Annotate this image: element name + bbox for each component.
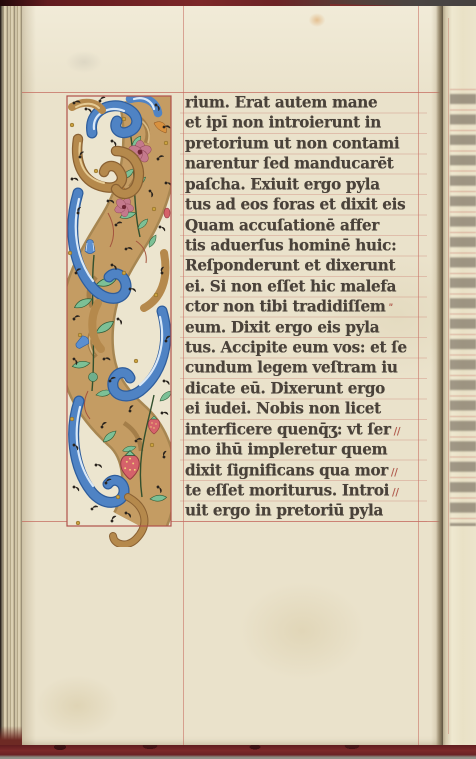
text-line-content: narentur ſed manducarēt	[185, 154, 394, 173]
manuscript-page: rium. Erat autem mane et ipī non introie…	[22, 6, 441, 746]
text-line-content: tus. Accipite eum vos: et ſe	[185, 338, 407, 357]
text-line: paſcha. Exiuit ergo pyla	[185, 175, 435, 196]
line-end-mark: //	[392, 487, 399, 498]
text-line: ei. Si non eſſet hic malefa	[185, 277, 435, 298]
text-line-content: uit ergo in pretoriū pyla	[185, 501, 383, 520]
text-line-content: pretorium ut non contami	[185, 134, 399, 153]
page-edge-stack	[0, 6, 22, 746]
text-line: tus ad eos foras et dixit eis	[185, 195, 435, 216]
book-cover-bottom-edge	[0, 745, 476, 759]
text-line: dixit ſignificans qua mor//	[185, 461, 435, 482]
text-line: et ipī non introierunt in	[185, 113, 435, 134]
text-line-content: interficere quenq̄ʒ: vt ſer	[185, 420, 391, 439]
text-line: Quam accuſationē affer	[185, 216, 435, 237]
text-line: ei iudei. Nobis non licet	[185, 399, 435, 420]
text-line-content: ei. Si non eſſet hic malefa	[185, 277, 396, 296]
line-end-mark: ʺ	[389, 303, 394, 314]
text-line-content: ei iudei. Nobis non licet	[185, 399, 381, 418]
text-line: rium. Erat autem mane	[185, 93, 435, 114]
page-edge-stack-foot	[0, 726, 22, 746]
text-block: rium. Erat autem mane et ipī non introie…	[185, 93, 435, 522]
facing-page-ruling	[448, 18, 449, 734]
text-line: te eſſet moriturus. Introi//	[185, 481, 435, 502]
text-line-content: te eſſet moriturus. Introi	[185, 481, 389, 500]
text-line: pretorium ut non contami	[185, 134, 435, 155]
text-line: dicate eū. Dixerunt ergo	[185, 379, 435, 400]
line-end-mark: //	[391, 467, 398, 478]
text-line: uit ergo in pretoriū pyla	[185, 501, 435, 522]
text-line-content: Reſponderunt et dixerunt	[185, 256, 395, 275]
text-line-content: tis aduerſus hominē huic:	[185, 236, 396, 255]
green-berry	[89, 373, 98, 382]
text-line-content: tus ad eos foras et dixit eis	[185, 195, 405, 214]
manuscript-photo: rium. Erat autem mane et ipī non introie…	[0, 0, 476, 759]
text-line: interficere quenq̄ʒ: vt ſer//	[185, 420, 435, 441]
text-line-content: ctor non tibi tradidiſſem	[185, 297, 386, 316]
text-line-content: eum. Dixit ergo eis pyla	[185, 318, 379, 337]
gutter-crease	[436, 6, 443, 746]
text-line: cundum legem veſtram iu	[185, 358, 435, 379]
text-line: mo ihū impleretur quem	[185, 440, 435, 461]
text-line-content: Quam accuſationē affer	[185, 216, 379, 235]
facing-page-text-showthrough	[450, 89, 476, 526]
text-line: ctor non tibi tradidiſſemʺ	[185, 297, 435, 318]
text-line: Reſponderunt et dixerunt	[185, 256, 435, 277]
text-line-content: mo ihū impleretur quem	[185, 440, 387, 459]
facing-page-edge	[443, 6, 476, 746]
text-line-content: et ipī non introierunt in	[185, 113, 381, 132]
text-line: narentur ſed manducarēt	[185, 154, 435, 175]
text-line-content: dicate eū. Dixerunt ergo	[185, 379, 385, 398]
red-bud	[164, 208, 170, 218]
text-line: eum. Dixit ergo eis pyla	[185, 318, 435, 339]
line-end-mark: //	[394, 426, 401, 437]
text-line: tis aduerſus hominē huic:	[185, 236, 435, 257]
text-line-content: dixit ſignificans qua mor	[185, 461, 388, 480]
text-line-content: paſcha. Exiuit ergo pyla	[185, 175, 380, 194]
text-line-content: rium. Erat autem mane	[185, 93, 377, 112]
text-line: tus. Accipite eum vos: et ſe	[185, 338, 435, 359]
illuminated-border-panel	[66, 95, 172, 547]
text-line-content: cundum legem veſtram iu	[185, 358, 398, 377]
